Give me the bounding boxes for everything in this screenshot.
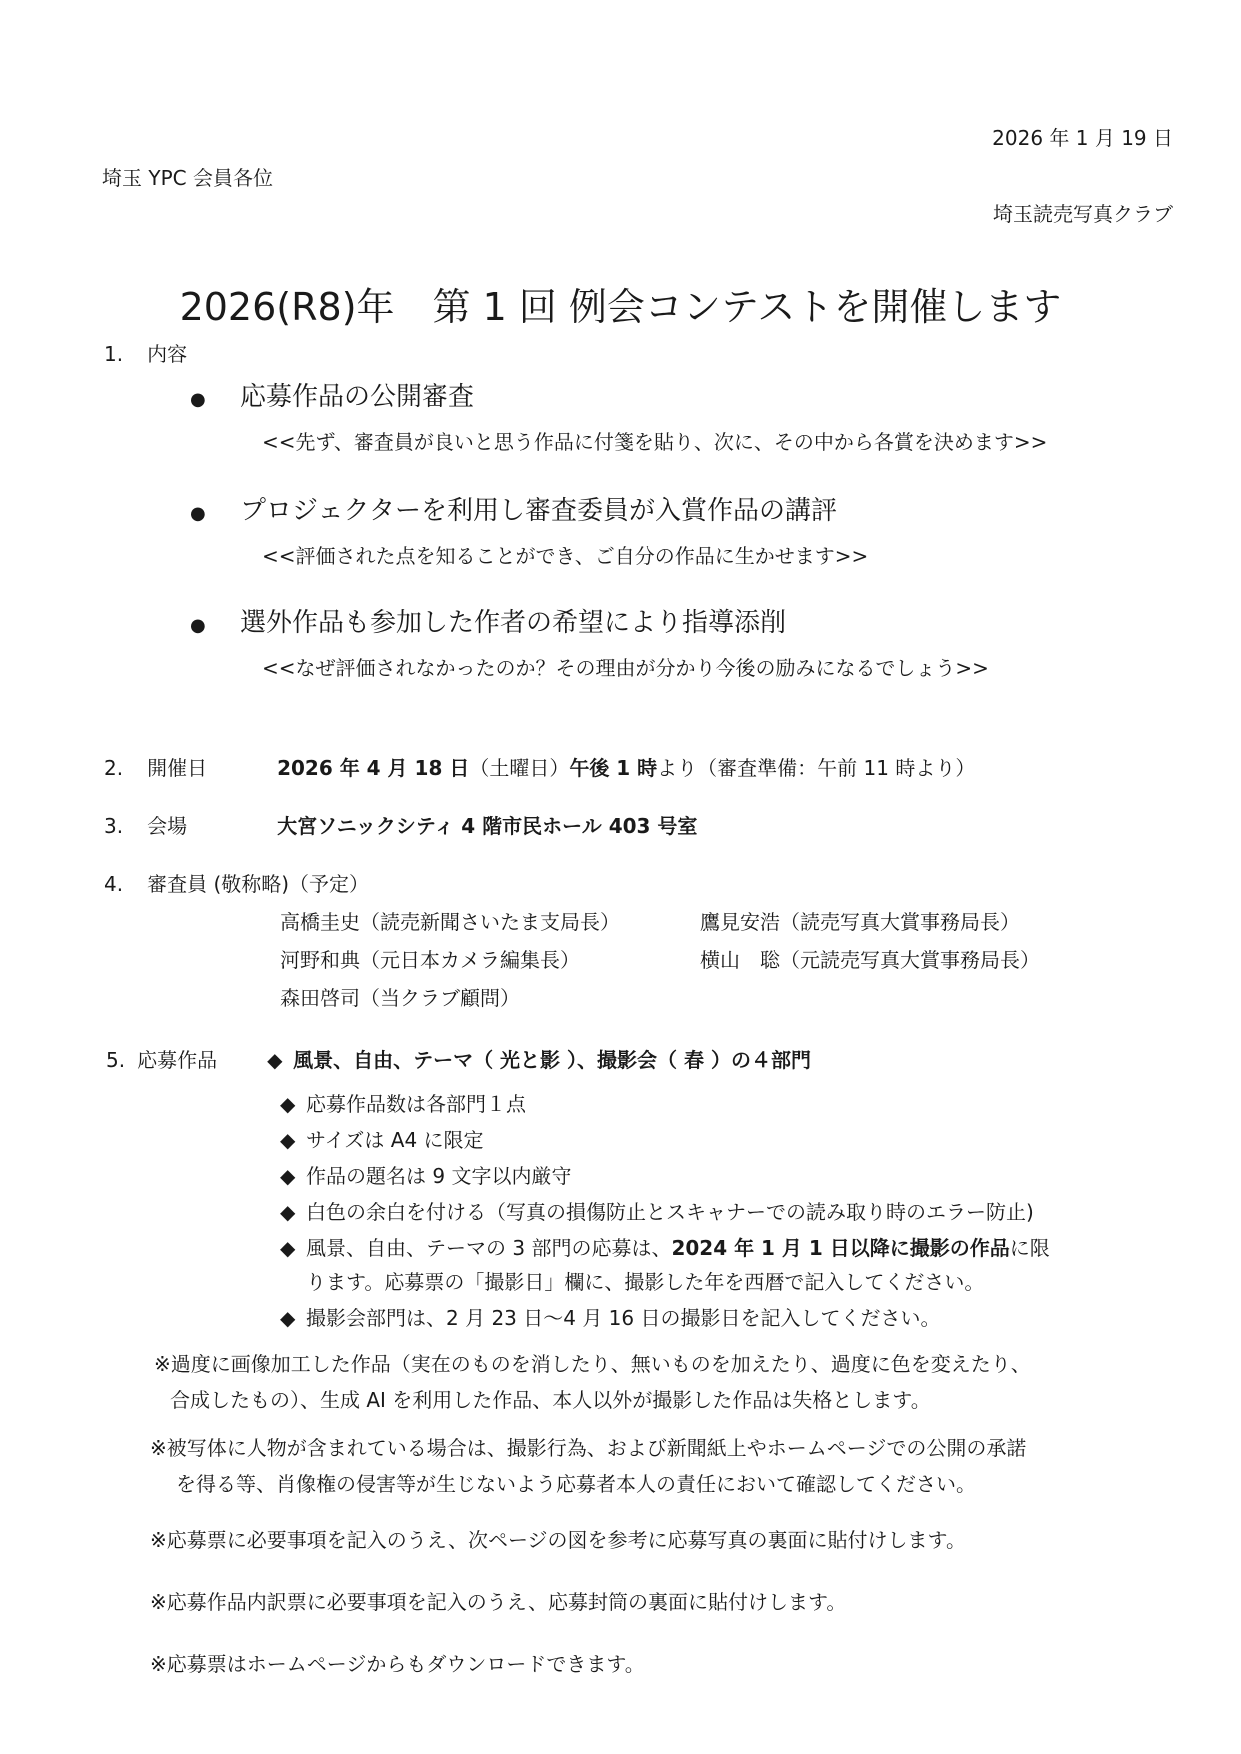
section-number: 4.	[104, 872, 123, 896]
judge: 高橋圭史（読売新聞さいたま支局長）	[280, 906, 620, 935]
rule-text: に限	[1010, 1236, 1050, 1260]
judge: 河野和典（元日本カメラ編集長）	[280, 944, 580, 973]
event-weekday: （土曜日）	[469, 756, 569, 780]
note-line: ※過度に画像加工した作品（実在のものを消したり、無いものを加えたり、過度に色を変…	[154, 1348, 1031, 1377]
judge-name: 河野和典	[280, 948, 360, 972]
section-number: 3.	[104, 814, 123, 838]
rule-text: 白色の余白を付ける（写真の損傷防止とスキャナーでの読み取り時のエラー防止)	[306, 1200, 1034, 1224]
judge-name: 鷹見安浩	[700, 910, 780, 934]
judge: 鷹見安浩（読売写真大賞事務局長）	[700, 906, 1020, 935]
rule-item: ◆撮影会部門は、2 月 23 日～4 月 16 日の撮影日を記入してください。	[280, 1302, 941, 1331]
bullet-icon: ●	[190, 503, 240, 524]
page-title: 2026(R8)年 第 1 回 例会コンテストを開催します	[0, 276, 1241, 331]
rule-text: サイズは A4 に限定	[306, 1128, 484, 1152]
event-date: 2026 年 4 月 18 日	[277, 756, 469, 780]
event-time: 午後 1 時	[569, 756, 657, 780]
content-item: ●プロジェクターを利用し審査委員が入賞作品の講評	[190, 490, 837, 527]
diamond-icon: ◆	[280, 1306, 306, 1330]
rule-text: 作品の題名は 9 文字以内厳守	[306, 1164, 571, 1188]
diamond-icon: ◆	[280, 1092, 306, 1116]
judge-role: （元日本カメラ編集長）	[360, 948, 580, 972]
rule-item: ◆作品の題名は 9 文字以内厳守	[280, 1160, 571, 1189]
content-item: ●選外作品も参加した作者の希望により指導添削	[190, 602, 786, 639]
section-label: 審査員 (敬称略)（予定）	[147, 872, 369, 896]
bullet-icon: ●	[190, 389, 240, 410]
section-3-row: 3.会場大宮ソニックシティ 4 階市民ホール 403 号室	[104, 810, 697, 839]
content-note: <<先ず、審査員が良いと思う作品に付箋を貼り、次に、その中から各賞を決めます>>	[262, 426, 1047, 455]
sender: 埼玉読売写真クラブ	[993, 198, 1173, 227]
rule-text-continued: ります。応募票の「撮影日」欄に、撮影した年を西暦で記入してください。	[306, 1266, 984, 1295]
section-number: 5.	[106, 1048, 125, 1072]
rule-text: 応募作品数は各部門１点	[306, 1092, 526, 1116]
recipient: 埼玉 YPC 会員各位	[102, 162, 273, 191]
judge-role: （読売新聞さいたま支局長）	[360, 910, 620, 934]
diamond-icon: ◆	[280, 1128, 306, 1152]
note-line: ※被写体に人物が含まれている場合は、撮影行為、および新聞紙上やホームページでの公…	[150, 1432, 1026, 1461]
note-line: ※応募票はホームページからもダウンロードできます。	[150, 1648, 645, 1677]
judge-role: （元読売写真大賞事務局長）	[780, 948, 1040, 972]
judge-name: 横山 聡	[700, 948, 780, 972]
section-number: 2.	[104, 756, 123, 780]
judge: 森田啓司（当クラブ顧問）	[280, 982, 520, 1011]
note-line: を得る等、肖像権の侵害等が生じないよう応募者本人の責任において確認してください。	[176, 1468, 976, 1497]
content-heading: プロジェクターを利用し審査委員が入賞作品の講評	[240, 496, 837, 526]
section-2-row: 2.開催日2026 年 4 月 18 日（土曜日）午後 1 時より（審査準備：午…	[104, 752, 975, 781]
section-4-heading: 4.審査員 (敬称略)（予定）	[104, 868, 369, 897]
rule-text: 風景、自由、テーマの 3 部門の応募は、	[306, 1236, 671, 1260]
content-item: ●応募作品の公開審査	[190, 376, 474, 413]
document-date: 2026 年 1 月 19 日	[992, 122, 1173, 151]
categories: 風景、自由、テーマ（ 光と影 ）、撮影会（ 春 ）の４部門	[293, 1048, 811, 1072]
rule-item: ◆応募作品数は各部門１点	[280, 1088, 526, 1117]
event-time-note: より（審査準備：午前 11 時より）	[657, 756, 975, 780]
judge-role: （読売写真大賞事務局長）	[780, 910, 1020, 934]
judge-role: （当クラブ顧問）	[360, 986, 520, 1010]
rule-item: ◆サイズは A4 に限定	[280, 1124, 484, 1153]
bullet-icon: ●	[190, 615, 240, 636]
section-label: 会場	[147, 810, 277, 839]
diamond-icon: ◆	[267, 1048, 293, 1072]
diamond-icon: ◆	[280, 1200, 306, 1224]
section-number: 1.	[104, 342, 123, 366]
content-heading: 選外作品も参加した作者の希望により指導添削	[240, 608, 786, 638]
judge-name: 森田啓司	[280, 986, 360, 1010]
section-label: 応募作品	[137, 1044, 267, 1073]
rule-date-bold: 2024 年 1 月 1 日以降に撮影の作品	[671, 1236, 1009, 1260]
section-label: 開催日	[147, 752, 277, 781]
rule-item: ◆白色の余白を付ける（写真の損傷防止とスキャナーでの読み取り時のエラー防止)	[280, 1196, 1034, 1225]
judge: 横山 聡（元読売写真大賞事務局長）	[700, 944, 1040, 973]
content-note: <<なぜ評価されなかったのか？その理由が分かり今後の励みになるでしょう>>	[262, 652, 989, 681]
judge-name: 高橋圭史	[280, 910, 360, 934]
rule-text: 撮影会部門は、2 月 23 日～4 月 16 日の撮影日を記入してください。	[306, 1306, 941, 1330]
section-1-heading: 1.内容	[104, 338, 187, 367]
content-note: <<評価された点を知ることができ、ご自分の作品に生かせます>>	[262, 540, 868, 569]
venue: 大宮ソニックシティ 4 階市民ホール 403 号室	[277, 814, 697, 838]
note-line: ※応募作品内訳票に必要事項を記入のうえ、応募封筒の裏面に貼付けします。	[150, 1586, 846, 1615]
section-label: 内容	[147, 342, 187, 366]
content-heading: 応募作品の公開審査	[240, 382, 474, 412]
rule-item: ◆風景、自由、テーマの 3 部門の応募は、2024 年 1 月 1 日以降に撮影…	[280, 1232, 1050, 1261]
diamond-icon: ◆	[280, 1236, 306, 1260]
section-5-heading: 5.応募作品◆風景、自由、テーマ（ 光と影 ）、撮影会（ 春 ）の４部門	[106, 1044, 811, 1073]
diamond-icon: ◆	[280, 1164, 306, 1188]
note-line: ※応募票に必要事項を記入のうえ、次ページの図を参考に応募写真の裏面に貼付けします…	[150, 1524, 966, 1553]
note-line: 合成したもの）、生成 AI を利用した作品、本人以外が撮影した作品は失格とします…	[170, 1384, 931, 1413]
